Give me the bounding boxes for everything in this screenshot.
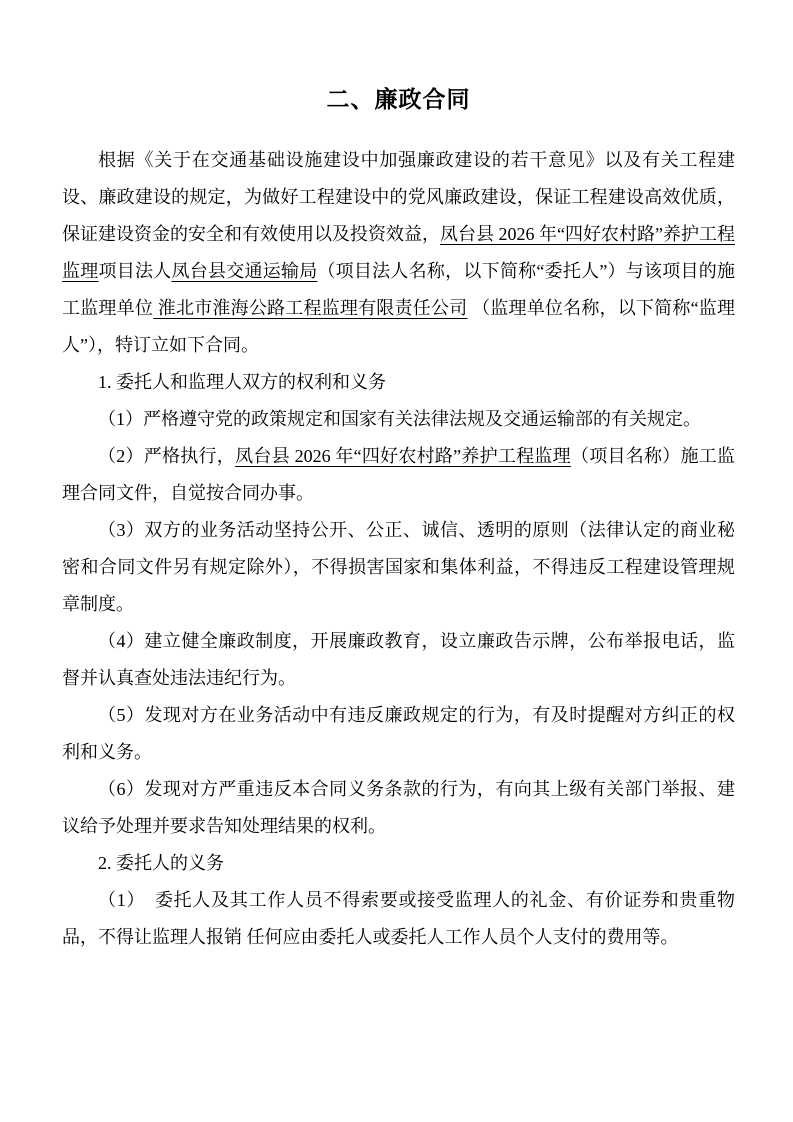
text-run: （1） 委托人及其工作人员不得索要或接受监理人的礼金、有价证券和贵重物品，不得让… [62,890,735,947]
text-run: 1. 委托人和监理人双方的权利和义务 [98,372,386,392]
document-body: 根据《关于在交通基础设施建设中加强廉政建设的若干意见》以及有关工程建设、廉政建设… [62,142,735,956]
text-run: 2. 委托人的义务 [98,853,224,873]
text-run: （6）发现对方严重违反本合同义务条款的行为，有向其上级有关部门举报、建议给予处理… [62,779,735,836]
page-title: 二、廉政合同 [62,84,735,114]
paragraph-1: 根据《关于在交通基础设施建设中加强廉政建设的若干意见》以及有关工程建设、廉政建设… [62,142,735,364]
underlined-field: 凤台县 2026 年“四好农村路”养护工程监理 [235,446,571,466]
text-run: 项目法人 [99,261,172,281]
text-run: （1）严格遵守党的政策规定和国家有关法律法规及交通运输部的有关规定。 [98,409,701,429]
text-run: （5）发现对方在业务活动中有违反廉政规定的行为，有及时提醒对方纠正的权利和义务。 [62,705,735,762]
contract-page: 二、廉政合同 根据《关于在交通基础设施建设中加强廉政建设的若干意见》以及有关工程… [0,0,793,1122]
paragraph-3: （1）严格遵守党的政策规定和国家有关法律法规及交通运输部的有关规定。 [62,401,735,438]
text-run: （3）双方的业务活动坚持公开、公正、诚信、透明的原则（法律认定的商业秘密和合同文… [62,520,735,614]
paragraph-6: （4）建立健全廉政制度，开展廉政教育，设立廉政告示牌，公布举报电话，监督并认真查… [62,623,735,697]
underlined-field: 凤台县交通运输局 [171,261,317,281]
paragraph-2: 1. 委托人和监理人双方的权利和义务 [62,364,735,401]
paragraph-10: （1） 委托人及其工作人员不得索要或接受监理人的礼金、有价证券和贵重物品，不得让… [62,882,735,956]
paragraph-9: 2. 委托人的义务 [62,845,735,882]
paragraph-7: （5）发现对方在业务活动中有违反廉政规定的行为，有及时提醒对方纠正的权利和义务。 [62,697,735,771]
text-run: （2）严格执行， [98,446,235,466]
paragraph-8: （6）发现对方严重违反本合同义务条款的行为，有向其上级有关部门举报、建议给予处理… [62,771,735,845]
paragraph-4: （2）严格执行，凤台县 2026 年“四好农村路”养护工程监理（项目名称）施工监… [62,438,735,512]
text-run: （4）建立健全廉政制度，开展廉政教育，设立廉政告示牌，公布举报电话，监督并认真查… [62,631,735,688]
paragraph-5: （3）双方的业务活动坚持公开、公正、诚信、透明的原则（法律认定的商业秘密和合同文… [62,512,735,623]
underlined-field: 淮北市淮海公路工程监理有限责任公司 [153,298,467,318]
